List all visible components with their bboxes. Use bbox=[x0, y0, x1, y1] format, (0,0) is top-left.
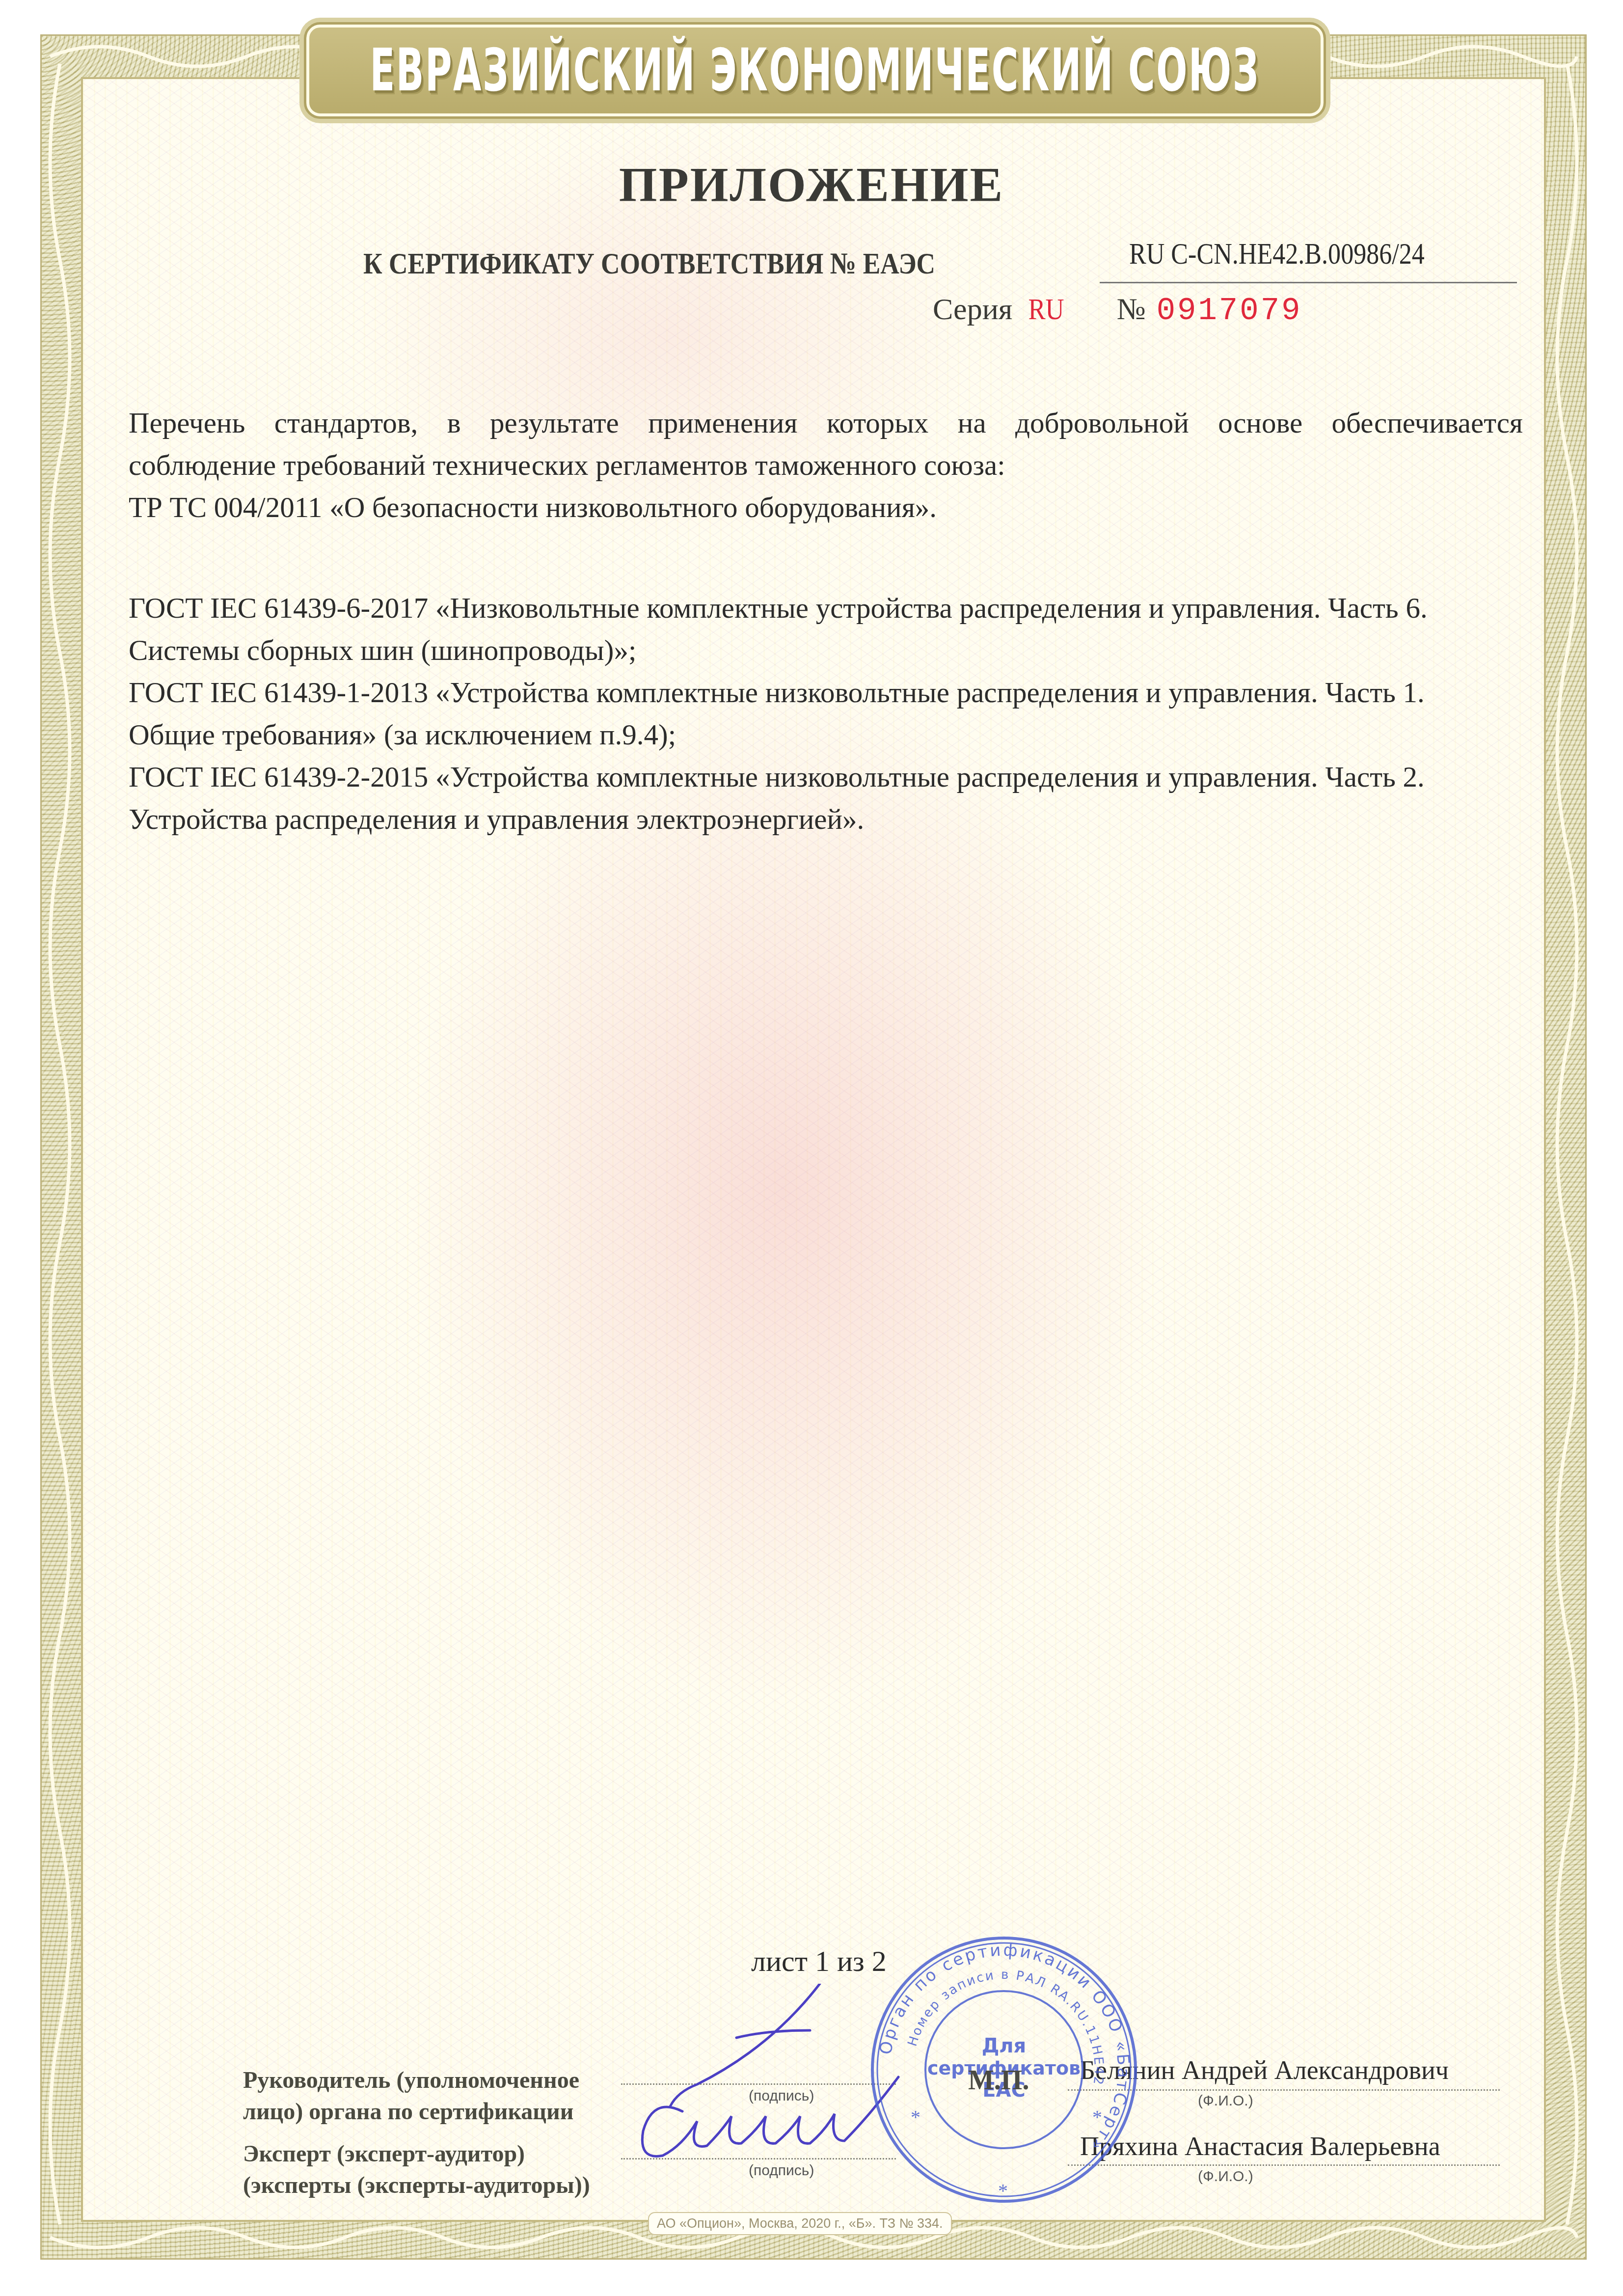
serial-number: 0917079 bbox=[1157, 294, 1302, 329]
standard-item: ГОСТ IEC 61439-2-2015 «Устройства компле… bbox=[129, 756, 1523, 798]
eaeu-banner: ЕВРАЗИЙСКИЙ ЭКОНОМИЧЕСКИЙ СОЮЗ bbox=[306, 25, 1324, 116]
standard-item-cont: Общие требования» (за исключением п.9.4)… bbox=[129, 713, 1523, 756]
standard-item: ГОСТ IEC 61439-1-2013 «Устройства компле… bbox=[129, 671, 1523, 713]
certificate-number: RU C-CN.НЕ42.В.00986/24 bbox=[1129, 237, 1425, 272]
expert-role-label: Эксперт (эксперт-аудитор) (эксперты (экс… bbox=[243, 2138, 590, 2201]
stamp-star-icon: * bbox=[911, 2106, 920, 2128]
head-role-line: Руководитель (уполномоченное bbox=[243, 2065, 579, 2096]
standard-item: ГОСТ IEC 61439-6-2017 «Низковольтные ком… bbox=[129, 587, 1523, 629]
expert-fio-caption: (Ф.И.О.) bbox=[1198, 2168, 1253, 2185]
seal-place-label: М.П. bbox=[968, 2065, 1029, 2096]
stamp-star-icon: * bbox=[1092, 2106, 1102, 2128]
standard-item-cont: Устройства распределения и управления эл… bbox=[129, 798, 1523, 840]
certificate-underline bbox=[1100, 282, 1517, 283]
document-background bbox=[81, 77, 1546, 2222]
head-role-line: лицо) органа по сертификации bbox=[243, 2096, 579, 2128]
page-title: ПРИЛОЖЕНИЕ bbox=[0, 156, 1623, 213]
head-fio-caption: (Ф.И.О.) bbox=[1198, 2093, 1253, 2109]
number-sign: № bbox=[1116, 293, 1145, 326]
head-role-label: Руководитель (уполномоченное лицо) орган… bbox=[243, 2065, 579, 2128]
expert-role-line: (эксперты (эксперты-аудиторы)) bbox=[243, 2170, 590, 2201]
banner-title: ЕВРАЗИЙСКИЙ ЭКОНОМИЧЕСКИЙ СОЮЗ bbox=[370, 36, 1260, 105]
standards-list: ГОСТ IEC 61439-6-2017 «Низковольтные ком… bbox=[129, 587, 1523, 840]
intro-line: соблюдение требований технических реглам… bbox=[129, 444, 1523, 486]
intro-paragraph: Перечень стандартов, в результате примен… bbox=[129, 402, 1523, 528]
series-label: Серия bbox=[933, 293, 1012, 326]
expert-role-line: Эксперт (эксперт-аудитор) bbox=[243, 2138, 590, 2170]
standard-item-cont: Системы сборных шин (шинопроводы)»; bbox=[129, 629, 1523, 671]
certificate-label: К СЕРТИФИКАТУ СООТВЕТСТВИЯ № ЕАЭС bbox=[363, 246, 935, 281]
printer-note: АО «Опцион», Москва, 2020 г., «Б». ТЗ № … bbox=[648, 2212, 952, 2235]
series-code: RU bbox=[1028, 292, 1064, 327]
stamp-star-icon: * bbox=[998, 2180, 1008, 2202]
series-line: СерияRU№0917079 bbox=[933, 292, 1302, 336]
certificate-line: К СЕРТИФИКАТУ СООТВЕТСТВИЯ № ЕАЭС RU C-C… bbox=[363, 237, 1542, 291]
stamp-center-line: Для bbox=[982, 2035, 1027, 2057]
regulation-line: ТР ТС 004/2011 «О безопасности низковоль… bbox=[129, 486, 1523, 528]
intro-line: Перечень стандартов, в результате примен… bbox=[129, 402, 1523, 444]
